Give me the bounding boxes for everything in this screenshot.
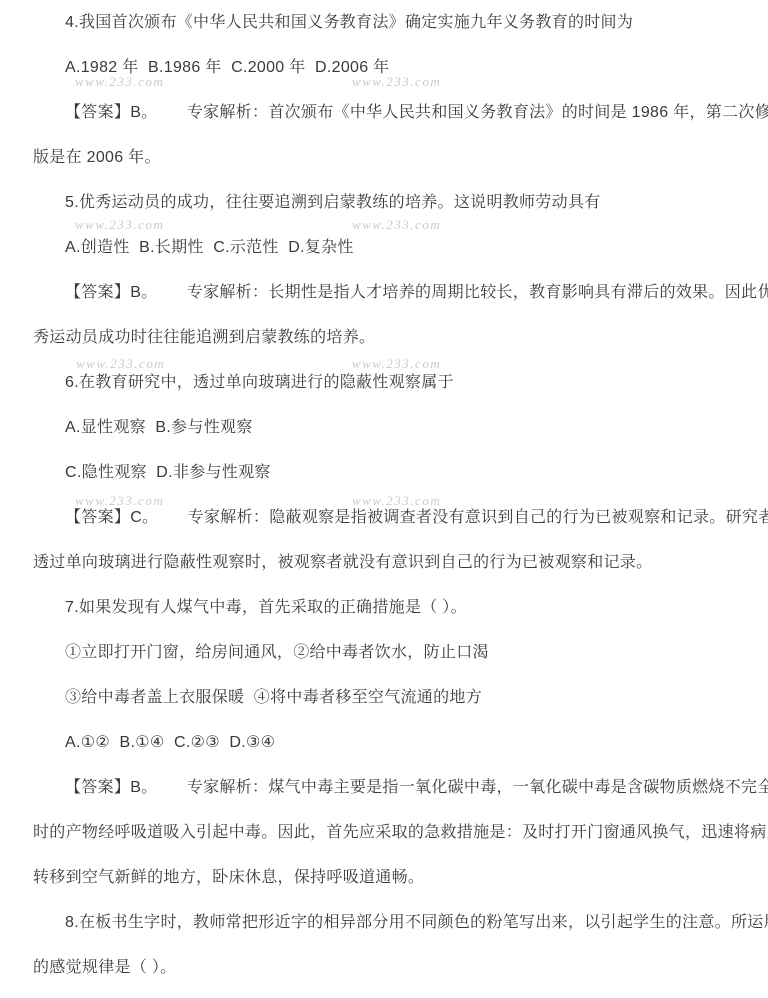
question-6-answer-line: 【答案】C。 专家解析：隐蔽观察是指被调查者没有意识到自己的行为已被观察和记录。… <box>33 495 756 540</box>
question-4-answer-line: 【答案】B。 专家解析：首次颁布《中华人民共和国义务教育法》的时间是 1986 … <box>33 90 756 135</box>
question-7-stem-line: 7.如果发现有人煤气中毒，首先采取的正确措施是（ ）。 <box>33 585 756 630</box>
question-4-stem-line: 4.我国首次颁布《中华人民共和国义务教育法》确定实施九年义务教育的时间为 <box>33 0 756 45</box>
question-5: 5.优秀运动员的成功，往往要追溯到启蒙教练的培养。这说明教师劳动具有A.创造性 … <box>33 180 756 360</box>
question-8: 8.在板书生字时，教师常把形近字的相异部分用不同颜色的粉笔写出来，以引起学生的注… <box>33 900 756 990</box>
question-6-answer-line: 透过单向玻璃进行隐蔽性观察时，被观察者就没有意识到自己的行为已被观察和记录。 <box>33 540 756 585</box>
document-page: 4.我国首次颁布《中华人民共和国义务教育法》确定实施九年义务教育的时间为A.19… <box>0 0 768 998</box>
question-7-options-line: A.①② B.①④ C.②③ D.③④ <box>33 720 756 765</box>
question-7: 7.如果发现有人煤气中毒，首先采取的正确措施是（ ）。①立即打开门窗，给房间通风… <box>33 585 756 900</box>
question-6-stem-line: 6.在教育研究中，透过单向玻璃进行的隐蔽性观察属于 <box>33 360 756 405</box>
question-5-stem-line: 5.优秀运动员的成功，往往要追溯到启蒙教练的培养。这说明教师劳动具有 <box>33 180 756 225</box>
question-6-options-line: A.显性观察 B.参与性观察 <box>33 405 756 450</box>
question-7-answer-line: 时的产物经呼吸道吸入引起中毒。因此，首先应采取的急救措施是：及时打开门窗通风换气… <box>33 810 756 855</box>
question-6-options-line: C.隐性观察 D.非参与性观察 <box>33 450 756 495</box>
question-8-stem-line: 的感觉规律是（ ）。 <box>33 945 756 990</box>
question-4-answer-line: 版是在 2006 年。 <box>33 135 756 180</box>
question-4-options-line: A.1982 年 B.1986 年 C.2000 年 D.2006 年 <box>33 45 756 90</box>
question-5-answer-line: 【答案】B。 专家解析：长期性是指人才培养的周期比较长，教育影响具有滞后的效果。… <box>33 270 756 315</box>
question-list: 4.我国首次颁布《中华人民共和国义务教育法》确定实施九年义务教育的时间为A.19… <box>33 0 756 990</box>
question-5-answer-line: 秀运动员成功时往往能追溯到启蒙教练的培养。 <box>33 315 756 360</box>
question-5-options-line: A.创造性 B.长期性 C.示范性 D.复杂性 <box>33 225 756 270</box>
question-7-answer-line: 【答案】B。 专家解析：煤气中毒主要是指一氧化碳中毒，一氧化碳中毒是含碳物质燃烧… <box>33 765 756 810</box>
question-7-answer-line: 转移到空气新鲜的地方，卧床休息，保持呼吸道通畅。 <box>33 855 756 900</box>
question-6: 6.在教育研究中，透过单向玻璃进行的隐蔽性观察属于A.显性观察 B.参与性观察C… <box>33 360 756 585</box>
question-4: 4.我国首次颁布《中华人民共和国义务教育法》确定实施九年义务教育的时间为A.19… <box>33 0 756 180</box>
question-7-items-line: ①立即打开门窗，给房间通风，②给中毒者饮水，防止口渴 <box>33 630 756 675</box>
question-8-stem-line: 8.在板书生字时，教师常把形近字的相异部分用不同颜色的粉笔写出来，以引起学生的注… <box>33 900 756 945</box>
question-7-items-line: ③给中毒者盖上衣服保暖 ④将中毒者移至空气流通的地方 <box>33 675 756 720</box>
